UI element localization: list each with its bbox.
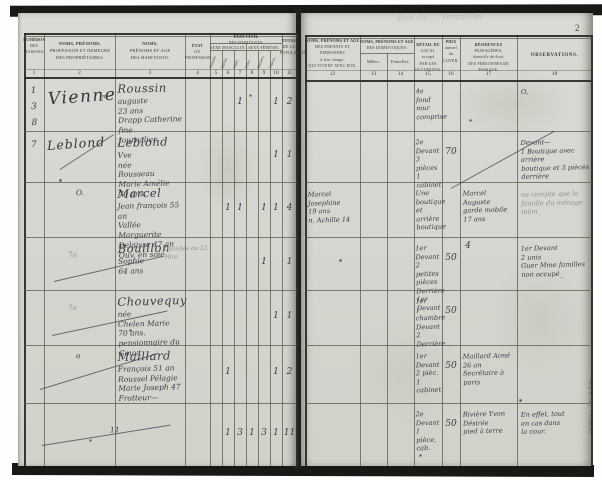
dwelling-detail: 4e fond mur comprise — [416, 87, 443, 122]
table-line-horizontal — [305, 35, 592, 37]
etat-civil-count: 1 — [222, 367, 234, 377]
row-total: 1 — [282, 311, 297, 321]
table-line-vertical — [517, 35, 518, 466]
col-number: 10 — [270, 70, 282, 76]
row-total: 1 — [282, 257, 297, 267]
bleed-smudge — [198, 123, 258, 213]
pencil-note: Décédée au 23 9bre — [164, 245, 222, 262]
col-number: 13 — [360, 71, 387, 77]
proprietor-note: n. — [102, 94, 114, 102]
etat-civil-count: 1 — [270, 150, 282, 160]
col-header-femelles: Femelles. — [387, 59, 414, 66]
col-header-residences: RÉSIDENCES PASSAGÈRES; domicile de droit… — [460, 42, 517, 73]
col-number: 12 — [305, 71, 360, 77]
col-number: 16 — [442, 71, 460, 77]
inhabitants-entry: Maillard François 51 an Roussel Pélagie … — [117, 348, 182, 404]
col-number: 14 — [387, 71, 414, 77]
dwelling-detail: 1er 1 chambre Devant 2 Derrière — [415, 297, 442, 349]
dwelling-detail: 2e Devant 1 pièce, cab. — [415, 410, 442, 453]
pencil-mark: 7e — [68, 303, 84, 313]
etat-civil-count: 3 — [234, 428, 246, 438]
register-page-right: NOMS, PRÉNOMS ET AGE DES ENFANTS ET PERS… — [301, 13, 593, 466]
col-number: 4 — [185, 70, 210, 76]
observation-pencil-note: ne compte que la famille du ménage mém_ — [521, 189, 590, 216]
bleed-smudge — [351, 313, 461, 433]
proprietor-mark: O. — [76, 188, 92, 198]
col-number: 8 — [246, 70, 258, 76]
pencil-mark: 7e — [68, 250, 84, 260]
etat-civil-count: 1 — [270, 97, 282, 107]
rent-price: 50 — [442, 361, 460, 371]
etat-civil-count: 3 — [258, 428, 270, 438]
col-number: 15 — [414, 71, 442, 77]
dwelling-detail: 1er Devant 2 pièc. 1 cabinet — [415, 352, 442, 395]
row-total: 1 — [282, 150, 297, 160]
row-total: 2 — [282, 97, 297, 107]
table-line-horizontal — [305, 290, 592, 291]
etat-civil-count: 1 — [246, 428, 258, 438]
group-header-domestiques: NOMS, PRÉNOMS ET AGE DES DOMESTIQUES. — [360, 39, 414, 51]
col-number: 6 — [222, 70, 234, 76]
dwelling-detail: 2e Devant 3 pièces 1 cabinet — [415, 138, 442, 190]
col-header-habitants: NOMS, PRÉNOMS ET AGE DES HABITANTS. — [115, 41, 185, 61]
row-total: 4 — [282, 203, 297, 213]
etat-civil-count: 1 — [258, 203, 270, 213]
rent-price: 50 — [442, 253, 460, 263]
col-header-etat-profession: ÉTAT OU PROFESSION. — [185, 43, 210, 62]
observation-note: O, — [521, 86, 589, 96]
residence-mark: 4 — [462, 241, 474, 251]
house-number: 7 — [25, 137, 43, 154]
etat-civil-count: 1 — [222, 203, 234, 213]
col-header-males: Mâles. — [360, 59, 387, 66]
rent-price: 70 — [442, 147, 460, 157]
table-line-vertical — [460, 35, 461, 466]
etat-civil-count: 1 — [270, 367, 282, 377]
col-header-proprietaires: NOMS, PRÉNOMS, PROFESSION ET DEMEURE DES… — [45, 41, 115, 61]
col-number: 7 — [234, 70, 246, 76]
scan-specks — [0, 0, 1, 1]
row-total: 2 — [282, 367, 297, 377]
etat-civil-count: 1 — [270, 203, 282, 213]
observation-note: En effet, tout en cas dans la cour. — [521, 409, 590, 436]
pen-stroke — [42, 425, 171, 446]
proprietor-mark: o — [76, 351, 92, 361]
col-number: 17 — [460, 71, 517, 77]
temporary-residence: Rivière Yvon Désirée pied à terre — [463, 409, 516, 436]
table-line-horizontal — [305, 80, 592, 82]
etat-civil-count: 1 — [222, 428, 234, 438]
rent-price: 50 — [442, 306, 460, 316]
col-header-enfants: NOMS, PRÉNOMS ET AGE DES ENFANTS ET PERS… — [305, 38, 360, 69]
table-line-vertical — [387, 53, 388, 466]
table-line-vertical — [305, 35, 307, 466]
col-header-prix-loyer: PRIX annuel du LOYER. — [442, 39, 460, 64]
etat-civil-count: 1 — [234, 97, 246, 107]
house-number: 1 3 8 — [24, 83, 43, 132]
table-line-vertical — [360, 35, 361, 466]
bleed-smudge — [451, 68, 571, 138]
dwelling-detail: Une boutique et arrière boutique — [415, 189, 442, 232]
etat-civil-count: 1 — [258, 257, 270, 267]
row-total: 11 — [282, 428, 297, 438]
observation-note: 1er Devant 2 unis Guer Mme familles non … — [521, 243, 590, 279]
col-header-numeros: NUMÉROS DES MAISONS. — [23, 37, 45, 56]
children-entry: Marcel Josephine 19 ans n. Achille 14 — [308, 189, 359, 225]
table-line-horizontal — [305, 345, 592, 346]
table-line-horizontal — [24, 77, 297, 79]
printer-imprint: Versailles. — Imp. de Beau… — [587, 204, 592, 434]
table-line-horizontal — [305, 131, 592, 132]
table-line-horizontal — [305, 237, 592, 238]
rent-price: 50 — [442, 419, 460, 429]
table-line-horizontal — [24, 403, 297, 404]
col-number: 2 — [44, 70, 115, 76]
table-line-horizontal — [305, 182, 592, 183]
table-line-vertical — [442, 35, 443, 466]
temporary-residence: Marcel Auguste garde mobile 17 ans — [463, 188, 516, 224]
col-number: 3 — [115, 70, 185, 76]
table-line-vertical — [44, 33, 45, 466]
etat-civil-count: 1 — [270, 428, 282, 438]
col-number: 1 — [23, 70, 45, 76]
table-line-horizontal — [24, 290, 297, 291]
etat-civil-count: 1 — [270, 311, 282, 321]
temporary-residence: Maillard Aimé 26 an Secrétaire à paris — [463, 351, 516, 387]
register-page-left: NUMÉROS DES MAISONS. 1 NOMS, PRÉNOMS, PR… — [18, 13, 296, 466]
table-line-horizontal — [360, 53, 414, 54]
etat-civil-count: 1 — [234, 203, 246, 213]
col-number: 9 — [258, 70, 270, 76]
col-number: 11 — [282, 70, 297, 76]
page-number: 2 — [575, 23, 580, 33]
col-header-observations: OBSERVATIONS. — [517, 52, 592, 60]
col-number: 5 — [210, 70, 222, 76]
col-number: 18 — [517, 71, 592, 77]
col-header-total: TOTAL DE LA POPULATION. — [280, 38, 298, 57]
col-header-detail-local: DÉTAIL DU LOCAL occupé PAR LES OCCUPANTS… — [414, 42, 442, 73]
scanned-census-register: NUMÉROS DES MAISONS. 1 NOMS, PRÉNOMS, PR… — [0, 0, 602, 480]
table-line-horizontal — [305, 403, 592, 404]
